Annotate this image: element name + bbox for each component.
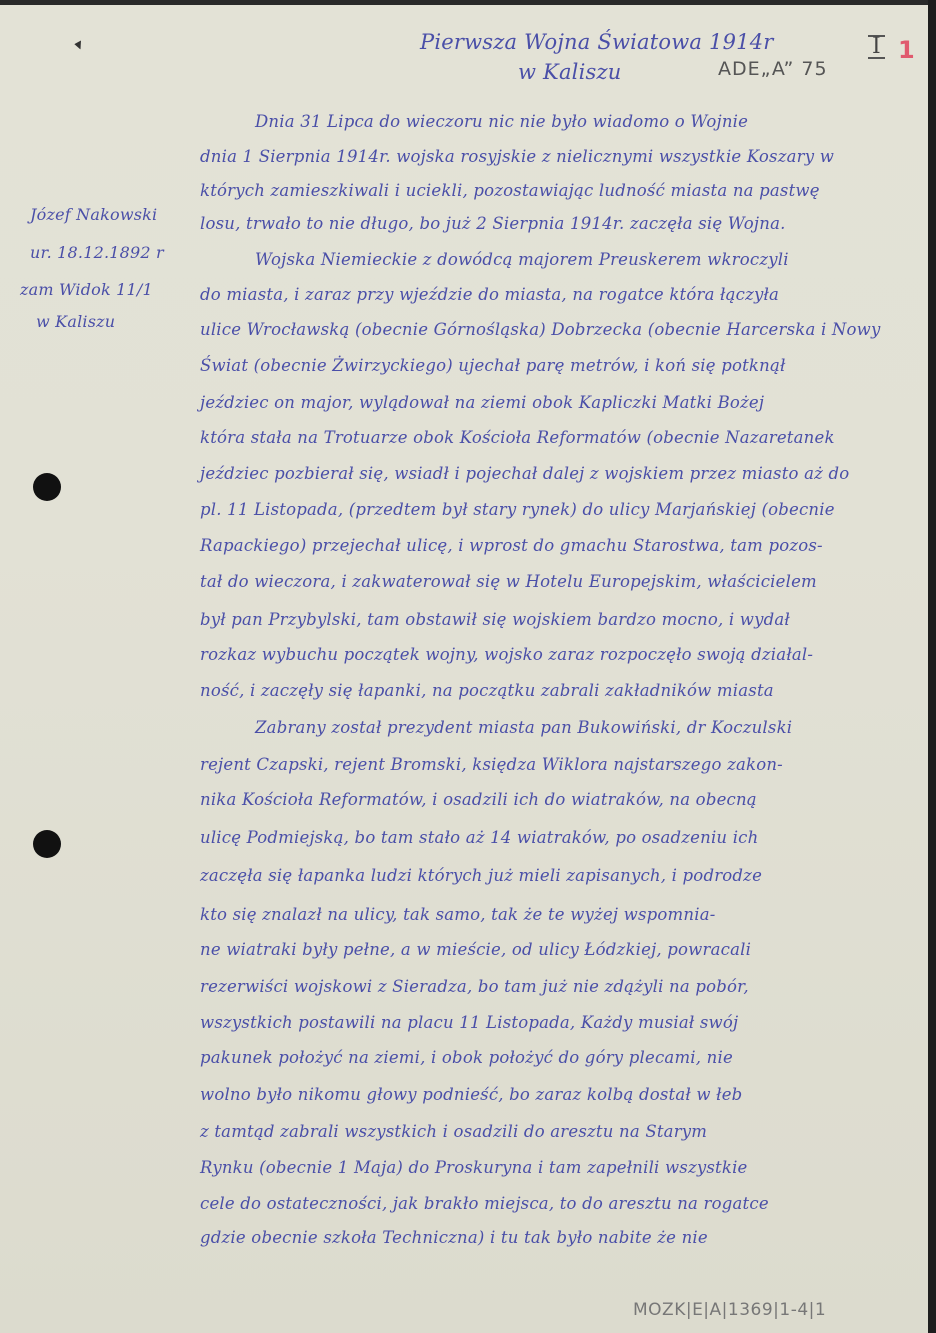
section-roman-numeral: I [868, 35, 885, 59]
archive-footer-code: MOZK|E|A|1369|1-4|1 [633, 1300, 826, 1320]
text-line: wszystkich postawili na placu 11 Listopa… [200, 1013, 738, 1032]
text-line: tał do wieczora, i zakwaterował się w Ho… [200, 572, 817, 591]
author-city: w Kaliszu [36, 312, 115, 331]
author-birthdate: ur. 18.12.1892 r [30, 243, 164, 262]
archive-code: ADE„A” 75 [718, 58, 828, 80]
text-line: Rynku (obecnie 1 Maja) do Proskuryna i t… [200, 1158, 748, 1177]
text-line: rejent Czapski, rejent Bromski, księdza … [200, 755, 783, 774]
text-line: rozkaz wybuchu początek wojny, wojsko za… [200, 645, 813, 664]
text-line: pakunek położyć na ziemi, i obok położyć… [200, 1048, 733, 1067]
punch-hole [33, 830, 61, 858]
text-line: ne wiatraki były pełne, a w mieście, od … [200, 940, 751, 959]
text-line: wolno było nikomu głowy podnieść, bo zar… [200, 1085, 742, 1104]
text-line: do miasta, i zaraz przy wjeździe do mias… [200, 285, 779, 304]
text-line: gdzie obecnie szkoła Techniczna) i tu ta… [200, 1228, 708, 1247]
text-line: nika Kościoła Reformatów, i osadzili ich… [200, 790, 757, 809]
text-line: których zamieszkiwali i uciekli, pozosta… [200, 181, 820, 200]
text-line: Zabrany został prezydent miasta pan Buko… [255, 718, 792, 737]
text-line: rezerwiści wojskowi z Sieradza, bo tam j… [200, 977, 749, 996]
text-line: jeździec pozbierał się, wsiadł i pojecha… [200, 464, 849, 483]
text-line: Wojska Niemieckie z dowódcą majorem Preu… [255, 250, 789, 269]
text-line: która stała na Trotuarze obok Kościoła R… [200, 428, 835, 447]
text-line: z tamtąd zabrali wszystkich i osadzili d… [200, 1122, 707, 1141]
scan-right-edge [928, 0, 936, 1333]
author-name: Józef Nakowski [30, 205, 157, 224]
text-line: losu, trwało to nie długo, bo już 2 Sier… [200, 214, 786, 233]
page-subtitle: w Kaliszu [518, 60, 621, 84]
text-line: dnia 1 Sierpnia 1914r. wojska rosyjskie … [200, 147, 834, 166]
text-line: ulicę Podmiejską, bo tam stało aż 14 wia… [200, 828, 758, 847]
text-line: Dnia 31 Lipca do wieczoru nic nie było w… [255, 112, 748, 131]
text-line: kto się znalazł na ulicy, tak samo, tak … [200, 905, 716, 924]
punch-hole [33, 473, 61, 501]
page-number-red: 1 [898, 36, 915, 64]
text-line: był pan Przybylski, tam obstawił się woj… [200, 610, 790, 629]
text-line: pl. 11 Listopada, (przedtem był stary ry… [200, 500, 835, 519]
text-line: Świat (obecnie Żwirzyckiego) ujechał par… [200, 356, 786, 375]
text-line: cele do ostateczności, jak brakło miejsc… [200, 1194, 769, 1213]
text-line: zaczęła się łapanka ludzi których już mi… [200, 866, 762, 885]
text-line: ność, i zaczęły się łapanki, na początku… [200, 681, 774, 700]
text-line: ulice Wrocławską (obecnie Górnośląska) D… [200, 320, 881, 339]
text-line: jeździec on major, wylądował na ziemi ob… [200, 393, 764, 412]
author-address: zam Widok 11/1 [20, 280, 153, 299]
text-line: Rapackiego) przejechał ulicę, i wprost d… [200, 536, 823, 555]
page-title: Pierwsza Wojna Światowa 1914r [420, 30, 774, 54]
